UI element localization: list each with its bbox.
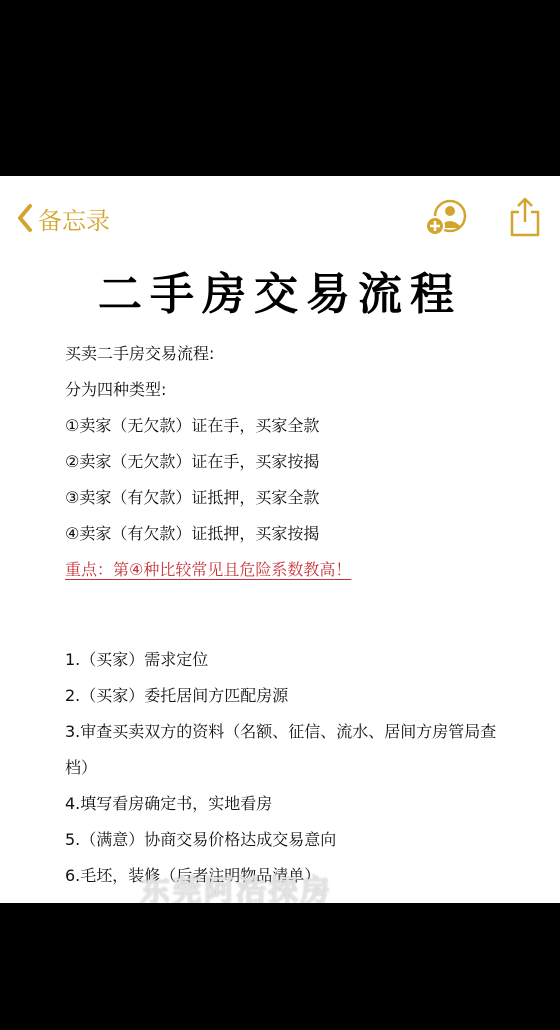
- step-item: 4.填写看房确定书，实地看房: [65, 786, 505, 822]
- blank-line: [65, 588, 505, 642]
- note-body[interactable]: 买卖二手房交易流程: 分为四种类型: ①卖家（无欠款）证在手，买家全款 ②卖家（…: [65, 336, 505, 894]
- step-item: 3.审查买卖双方的资料（名额、征信、流水、居间方房管局查档）: [65, 714, 505, 786]
- note-line: ①卖家（无欠款）证在手，买家全款: [65, 408, 505, 444]
- back-label: 备忘录: [38, 201, 110, 236]
- note-line: ②卖家（无欠款）证在手，买家按揭: [65, 444, 505, 480]
- notes-screen: 备忘录 二手房交易流程 买卖二手房交易流程: 分为四种类型: ①卖家（无欠款）证…: [0, 176, 560, 903]
- step-item: 1.（买家）需求定位: [65, 642, 505, 678]
- watermark: 东莞阿浩探房: [140, 866, 332, 903]
- note-line: ③卖家（有欠款）证抵押，买家全款: [65, 480, 505, 516]
- add-collaborator-button[interactable]: [424, 198, 468, 238]
- note-line: 买卖二手房交易流程:: [65, 336, 505, 372]
- share-button[interactable]: [508, 196, 542, 238]
- step-item: 5.（满意）协商交易价格达成交易意向: [65, 822, 505, 858]
- highlight-note: 重点：第④种比较常见且危险系数教高！: [65, 552, 505, 588]
- share-icon: [508, 196, 542, 238]
- step-item: 2.（买家）委托居间方匹配房源: [65, 678, 505, 714]
- add-collaborator-icon: [424, 198, 468, 238]
- note-title: 二手房交易流程: [0, 258, 560, 322]
- note-line: ④卖家（有欠款）证抵押，买家按揭: [65, 516, 505, 552]
- navbar: 备忘录: [0, 176, 560, 256]
- back-button[interactable]: 备忘录: [16, 198, 110, 238]
- chevron-left-icon: [16, 203, 34, 233]
- note-line: 分为四种类型:: [65, 372, 505, 408]
